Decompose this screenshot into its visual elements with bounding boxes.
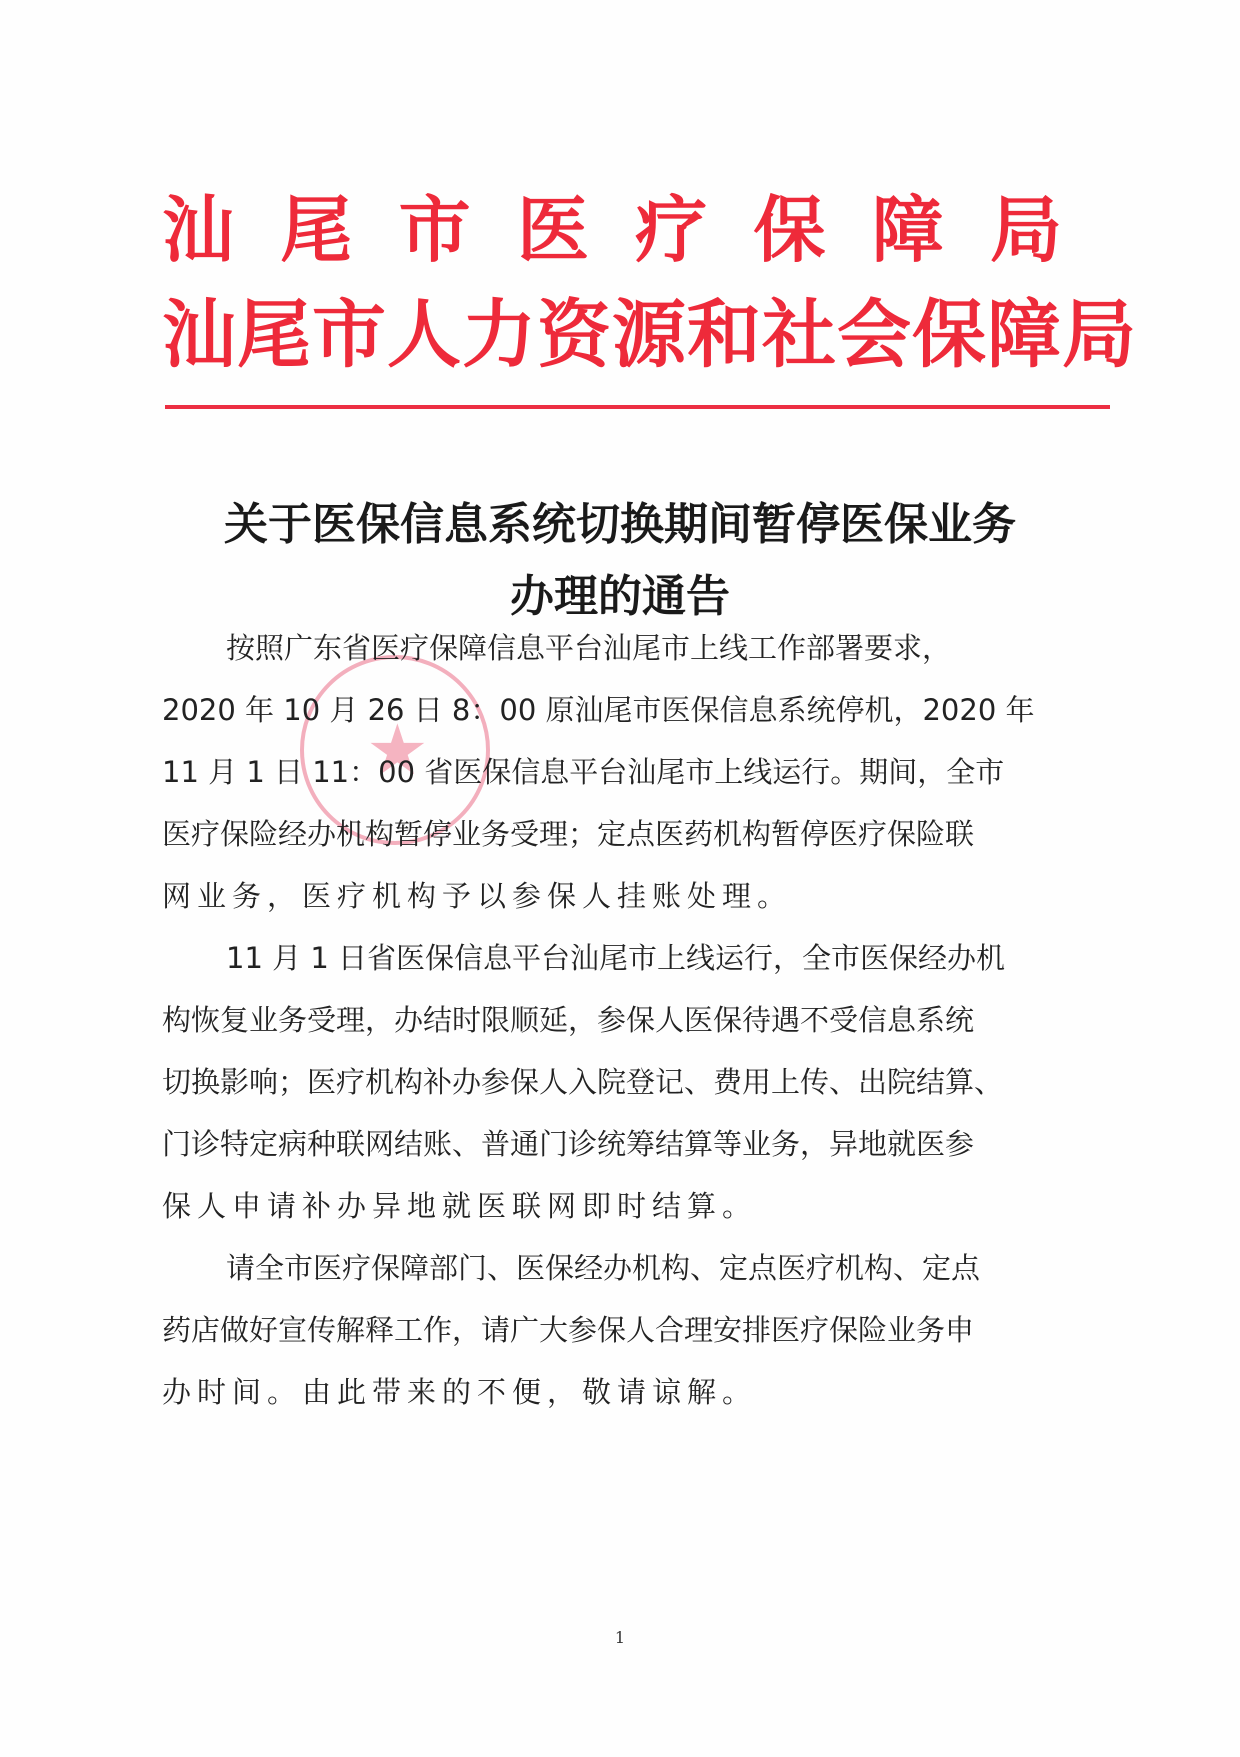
letterhead-red-rule [165, 405, 1110, 409]
text-line: 网业务，医疗机构予以参保人挂账处理。 [162, 876, 1097, 916]
text-line: 2020 年 10 月 26 日 8：00 原汕尾市医保信息系统停机，2020 … [162, 690, 1097, 730]
letterhead-char: 保 [912, 292, 987, 378]
letterhead-char: 局 [990, 188, 1062, 272]
text-line: 11 月 1 日 11：00 省医保信息平台汕尾市上线运行。期间，全市 [162, 752, 1097, 792]
letterhead-char: 市 [312, 292, 387, 378]
letterhead-char: 资 [537, 292, 612, 378]
letterhead-char: 保 [753, 188, 825, 272]
letterhead-char: 汕 [162, 188, 234, 272]
letterhead-line-1: 汕尾市医疗保障局 [162, 188, 1062, 272]
letterhead-char: 和 [687, 292, 762, 378]
page-number: 1 [0, 1628, 1240, 1647]
letterhead-char: 人 [387, 292, 462, 378]
text-line: 切换影响；医疗机构补办参保人入院登记、费用上传、出院结算、 [162, 1062, 1097, 1102]
letterhead-char: 社 [762, 292, 837, 378]
letterhead-char: 局 [1062, 292, 1137, 378]
document-title-line-2: 办理的通告 [0, 560, 1240, 624]
text-line: 医疗保险经办机构暂停业务受理；定点医药机构暂停医疗保险联 [162, 814, 1097, 854]
text-line: 11 月 1 日省医保信息平台汕尾市上线运行，全市医保经办机 [162, 938, 1097, 978]
document-page: 汕尾市医疗保障局 汕尾市人力资源和社会保障局 关于医保信息系统切换期间暂停医保业… [0, 0, 1240, 1757]
letterhead-char: 尾 [280, 188, 352, 272]
text-line: 请全市医疗保障部门、医保经办机构、定点医疗机构、定点 [162, 1248, 1097, 1288]
text-line: 按照广东省医疗保障信息平台汕尾市上线工作部署要求， [162, 628, 1097, 668]
letterhead-char: 尾 [237, 292, 312, 378]
letterhead-char: 疗 [635, 188, 707, 272]
letterhead-line-2: 汕尾市人力资源和社会保障局 [162, 292, 1062, 378]
letterhead-char: 汕 [162, 292, 237, 378]
letterhead-char: 会 [837, 292, 912, 378]
letterhead-char: 力 [462, 292, 537, 378]
letterhead-char: 障 [987, 292, 1062, 378]
text-line: 构恢复业务受理，办结时限顺延，参保人医保待遇不受信息系统 [162, 1000, 1097, 1040]
letterhead-char: 市 [399, 188, 471, 272]
text-line: 门诊特定病种联网结账、普通门诊统筹结算等业务，异地就医参 [162, 1124, 1097, 1164]
letterhead-char: 障 [872, 188, 944, 272]
text-line: 药店做好宣传解释工作，请广大参保人合理安排医疗保险业务申 [162, 1310, 1097, 1350]
letterhead-char: 医 [517, 188, 589, 272]
text-line: 保人申请补办异地就医联网即时结算。 [162, 1186, 1097, 1226]
document-title-line-1: 关于医保信息系统切换期间暂停医保业务 [0, 488, 1240, 552]
text-line: 办时间。由此带来的不便，敬请谅解。 [162, 1372, 1097, 1412]
letterhead-char: 源 [612, 292, 687, 378]
